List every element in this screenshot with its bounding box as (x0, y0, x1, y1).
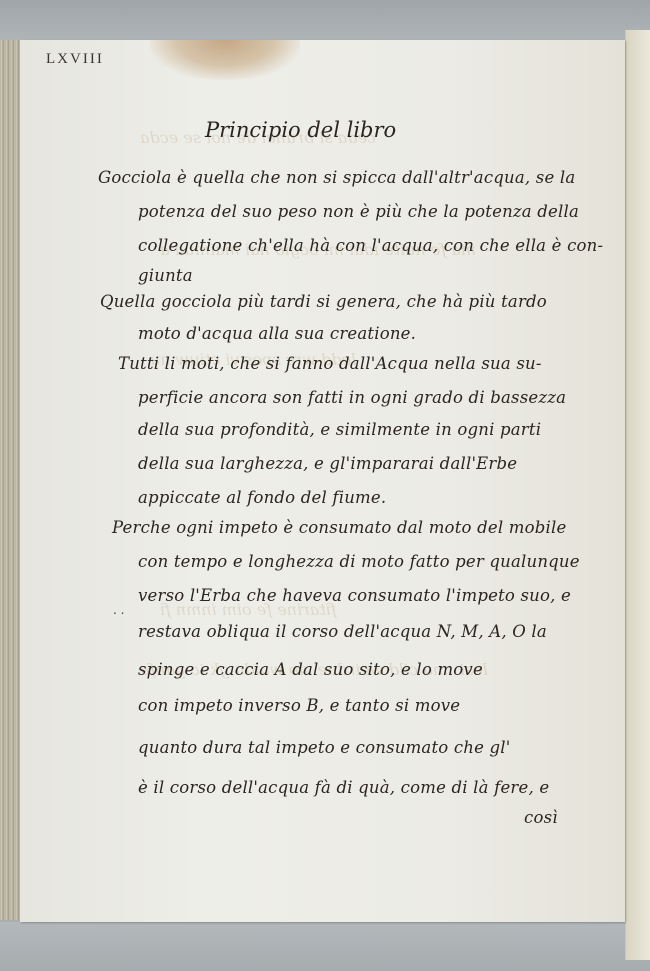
margin-marks: . . (113, 603, 124, 617)
text-line: perficie ancora son fatti in ogni grado … (138, 388, 566, 407)
folio-number: LXVIII (46, 51, 104, 68)
text-line: con impeto inverso B, e tanto si move (138, 696, 460, 715)
text-line: Tutti li moti, che si fanno dall'Acqua n… (118, 354, 542, 373)
catchword: così (524, 808, 558, 827)
text-line: verso l'Erba che haveva consumato l'impe… (138, 586, 571, 605)
background-top (0, 0, 650, 42)
text-line: Quella gocciola più tardi si genera, che… (100, 292, 547, 311)
text-line: della sua profondità, e similmente in og… (138, 420, 541, 439)
text-line: restava obliqua il corso dell'acqua N, M… (138, 622, 547, 641)
text-line: quanto dura tal impeto e consumato che g… (138, 738, 511, 757)
book-page-edges (0, 40, 22, 920)
text-line: moto d'acqua alla sua creatione. (138, 324, 416, 343)
text-line: giunta (138, 266, 193, 285)
text-line: appiccate al fondo del fiume. (138, 488, 386, 507)
text-line: con tempo e longhezza di moto fatto per … (138, 552, 580, 571)
text-line: Perche ogni impeto è consumato dal moto … (112, 518, 566, 537)
text-line: è il corso dell'acqua fà di quà, come di… (138, 778, 549, 797)
text-line: potenza del suo peso non è più che la po… (138, 202, 579, 221)
water-stain (150, 40, 300, 80)
chapter-heading: Principio del libro (205, 118, 396, 142)
text-line: della sua larghezza, e gl'impararai dall… (138, 454, 517, 473)
facing-page-edge (625, 30, 650, 960)
manuscript-page: ceda si brunel de noi se ecda ma fe nuit… (20, 40, 625, 922)
background-bottom (0, 922, 650, 971)
text-line: spinge e caccia A dal suo sito, e lo mov… (138, 660, 483, 679)
text-line: collegatione ch'ella hà con l'acqua, con… (138, 236, 603, 255)
text-line: Gocciola è quella che non si spicca dall… (98, 168, 575, 187)
